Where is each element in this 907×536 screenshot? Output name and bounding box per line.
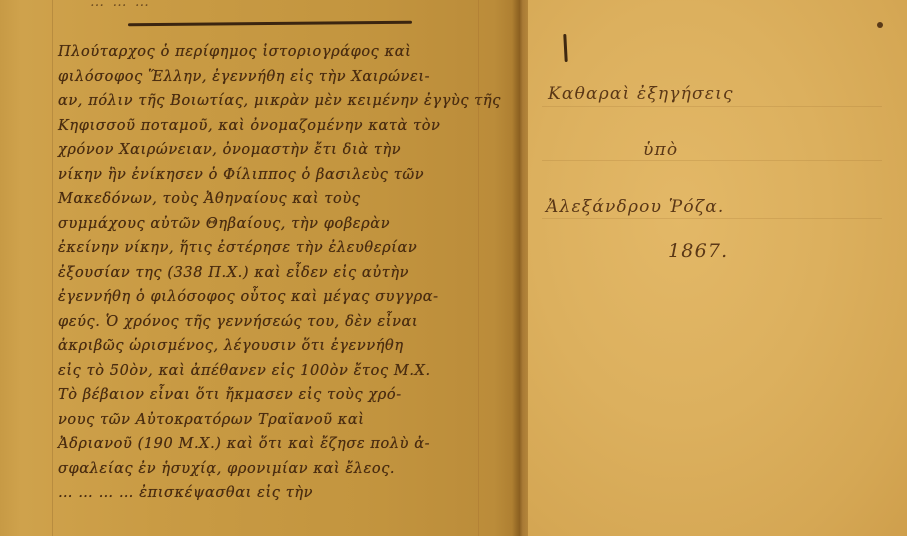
text-line: Πλούταρχος ὁ περίφημος ἱστοριογράφος καὶ bbox=[58, 40, 488, 65]
ink-spot bbox=[877, 22, 883, 28]
text-line: Κηφισσοῦ ποταμοῦ, καὶ ὀνομαζομένην κατὰ … bbox=[58, 114, 488, 139]
text-line: φεύς. Ὁ χρόνος τῆς γεννήσεώς του, δὲν εἶ… bbox=[58, 310, 488, 335]
open-book-spread: … … … Πλούταρχος ὁ περίφημος ἱστοριογράφ… bbox=[0, 0, 907, 536]
text-line: Μακεδόνων, τοὺς Ἀθηναίους καὶ τοὺς bbox=[58, 187, 488, 212]
left-page: … … … Πλούταρχος ὁ περίφημος ἱστοριογράφ… bbox=[0, 0, 520, 536]
manuscript-text-block: Πλούταρχος ὁ περίφημος ἱστοριογράφος καὶ… bbox=[58, 40, 488, 506]
text-line: συμμάχους αὐτῶν Θηβαίους, τὴν φοβερὰν bbox=[58, 212, 488, 237]
text-line: ἐγεννήθη ὁ φιλόσοφος οὗτος καὶ μέγας συγ… bbox=[58, 285, 488, 310]
text-line: εἰς τὸ 50ὸν, καὶ ἀπέθανεν εἰς 100ὸν ἔτος… bbox=[58, 359, 488, 384]
faint-guide-line bbox=[542, 218, 882, 219]
text-line: ἐκείνην νίκην, ἥτις ἐστέρησε τὴν ἐλευθερ… bbox=[58, 236, 488, 261]
text-line: ἀκριβῶς ὡρισμένος, λέγουσιν ὅτι ἐγεννήθη bbox=[58, 334, 488, 359]
ink-mark bbox=[563, 34, 567, 62]
title-line: Καθαραὶ ἐξηγήσεις bbox=[548, 84, 734, 104]
section-divider-rule bbox=[128, 21, 412, 26]
by-line: ὑπὸ bbox=[643, 140, 678, 160]
text-line: … … … … ἐπισκέψασθαι εἰς τὴν bbox=[58, 481, 488, 506]
text-line: νίκην ἣν ἐνίκησεν ὁ Φίλιππος ὁ βασιλεὺς … bbox=[58, 163, 488, 188]
text-line: χρόνον Χαιρώνειαν, ὀνομαστὴν ἔτι διὰ τὴν bbox=[58, 138, 488, 163]
text-line: αν, πόλιν τῆς Βοιωτίας, μικρὰν μὲν κειμέ… bbox=[58, 89, 488, 114]
author-name: Ἀλεξάνδρου Ῥόζα. bbox=[546, 197, 725, 217]
right-page-title: Καθαραὶ ἐξηγήσεις ὑπὸ Ἀλεξάνδρου Ῥόζα. 1… bbox=[528, 0, 907, 536]
text-line: Ἀδριανοῦ (190 Μ.Χ.) καὶ ὅτι καὶ ἔζησε πο… bbox=[58, 432, 488, 457]
text-line: σφαλείας ἐν ἡσυχίᾳ, φρονιμίαν καὶ ἔλεος. bbox=[58, 457, 488, 482]
text-line: φιλόσοφος Ἕλλην, ἐγεννήθη εἰς τὴν Χαιρών… bbox=[58, 65, 488, 90]
cut-off-top-text: … … … bbox=[90, 0, 390, 6]
text-line: νους τῶν Αὐτοκρατόρων Τραϊανοῦ καὶ bbox=[58, 408, 488, 433]
faint-guide-line bbox=[542, 106, 882, 107]
year: 1867. bbox=[668, 240, 728, 262]
text-line: ἐξουσίαν της (338 Π.Χ.) καὶ εἶδεν εἰς αὐ… bbox=[58, 261, 488, 286]
text-line: Τὸ βέβαιον εἶναι ὅτι ἤκμασεν εἰς τοὺς χρ… bbox=[58, 383, 488, 408]
faint-guide-line bbox=[542, 160, 882, 161]
